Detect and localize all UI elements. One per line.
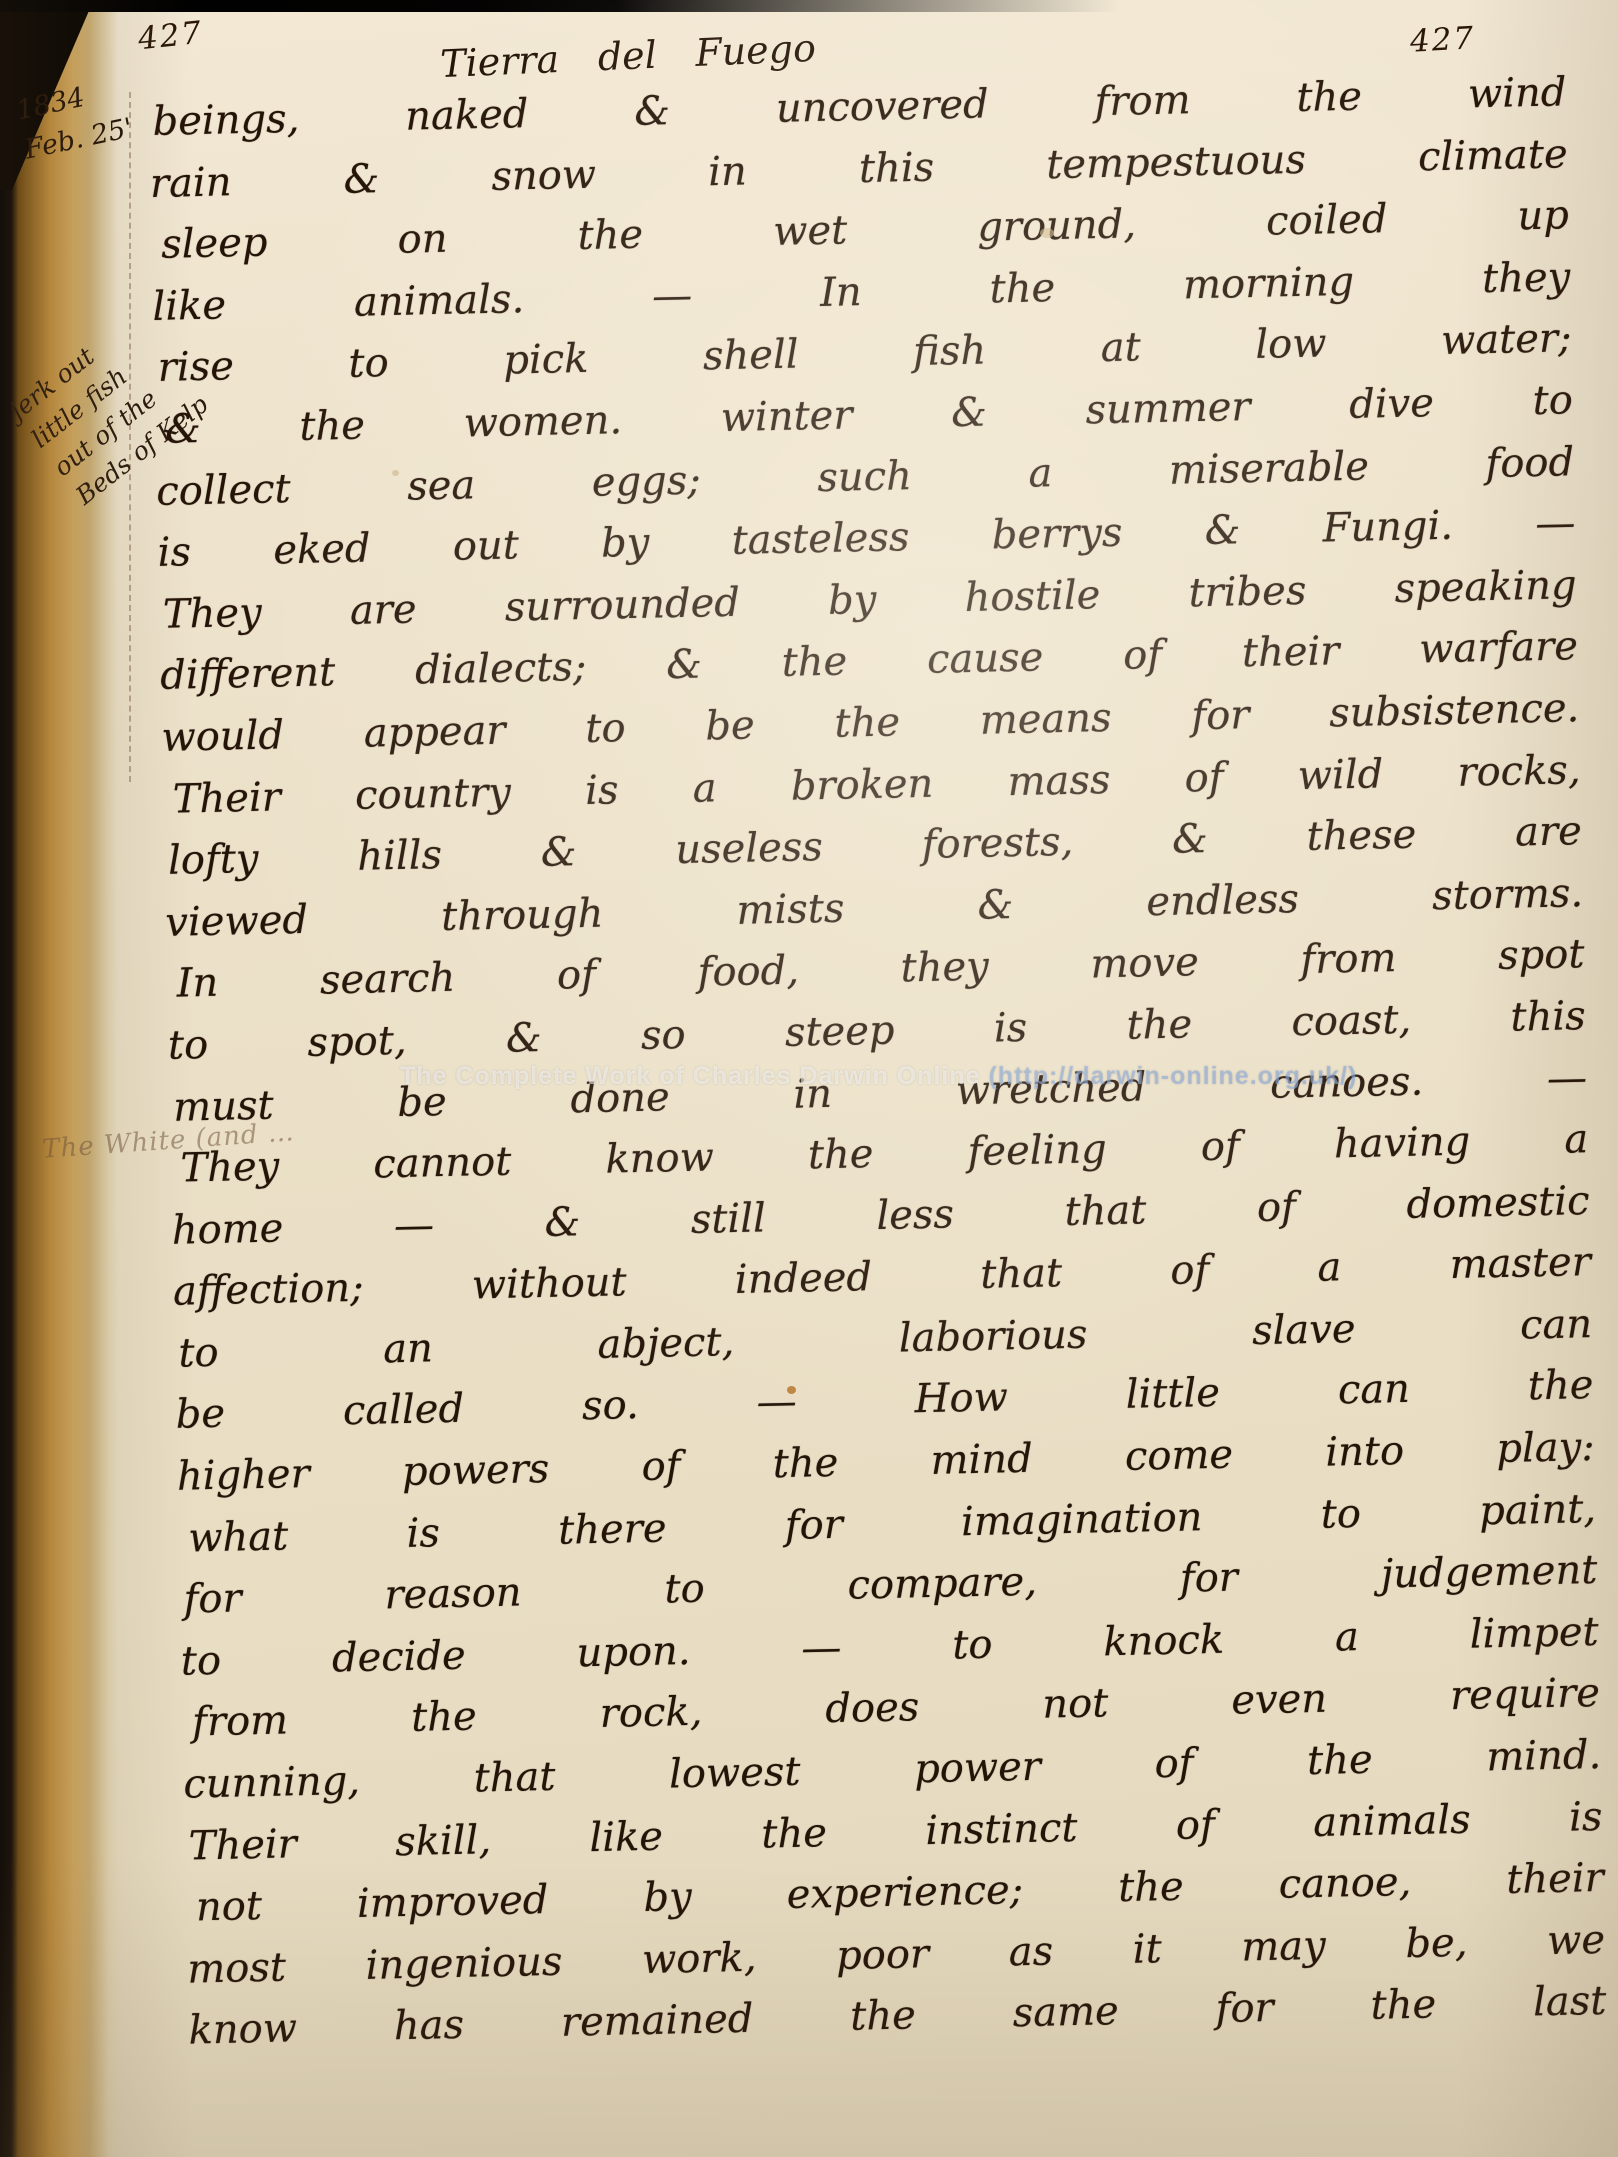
photo-top-shadow	[0, 0, 1120, 12]
paper-stain-speck	[392, 470, 399, 476]
book-spine-shadow	[0, 0, 18, 2157]
site-watermark: The Complete Work of Charles Darwin Onli…	[400, 1062, 1357, 1091]
page-number-right: 427	[1409, 20, 1476, 59]
watermark-url: (http://darwin-online.org.uk/)	[988, 1062, 1357, 1090]
page-number-left: 427	[136, 15, 205, 58]
watermark-text: The Complete Work of Charles Darwin Onli…	[400, 1062, 988, 1090]
manuscript-photo: 427 427 Tierra del Fuego 1834Feb. 25' je…	[0, 0, 1618, 2157]
paper-stain-speck	[1040, 228, 1054, 238]
ink-stain-speck	[787, 1386, 796, 1394]
